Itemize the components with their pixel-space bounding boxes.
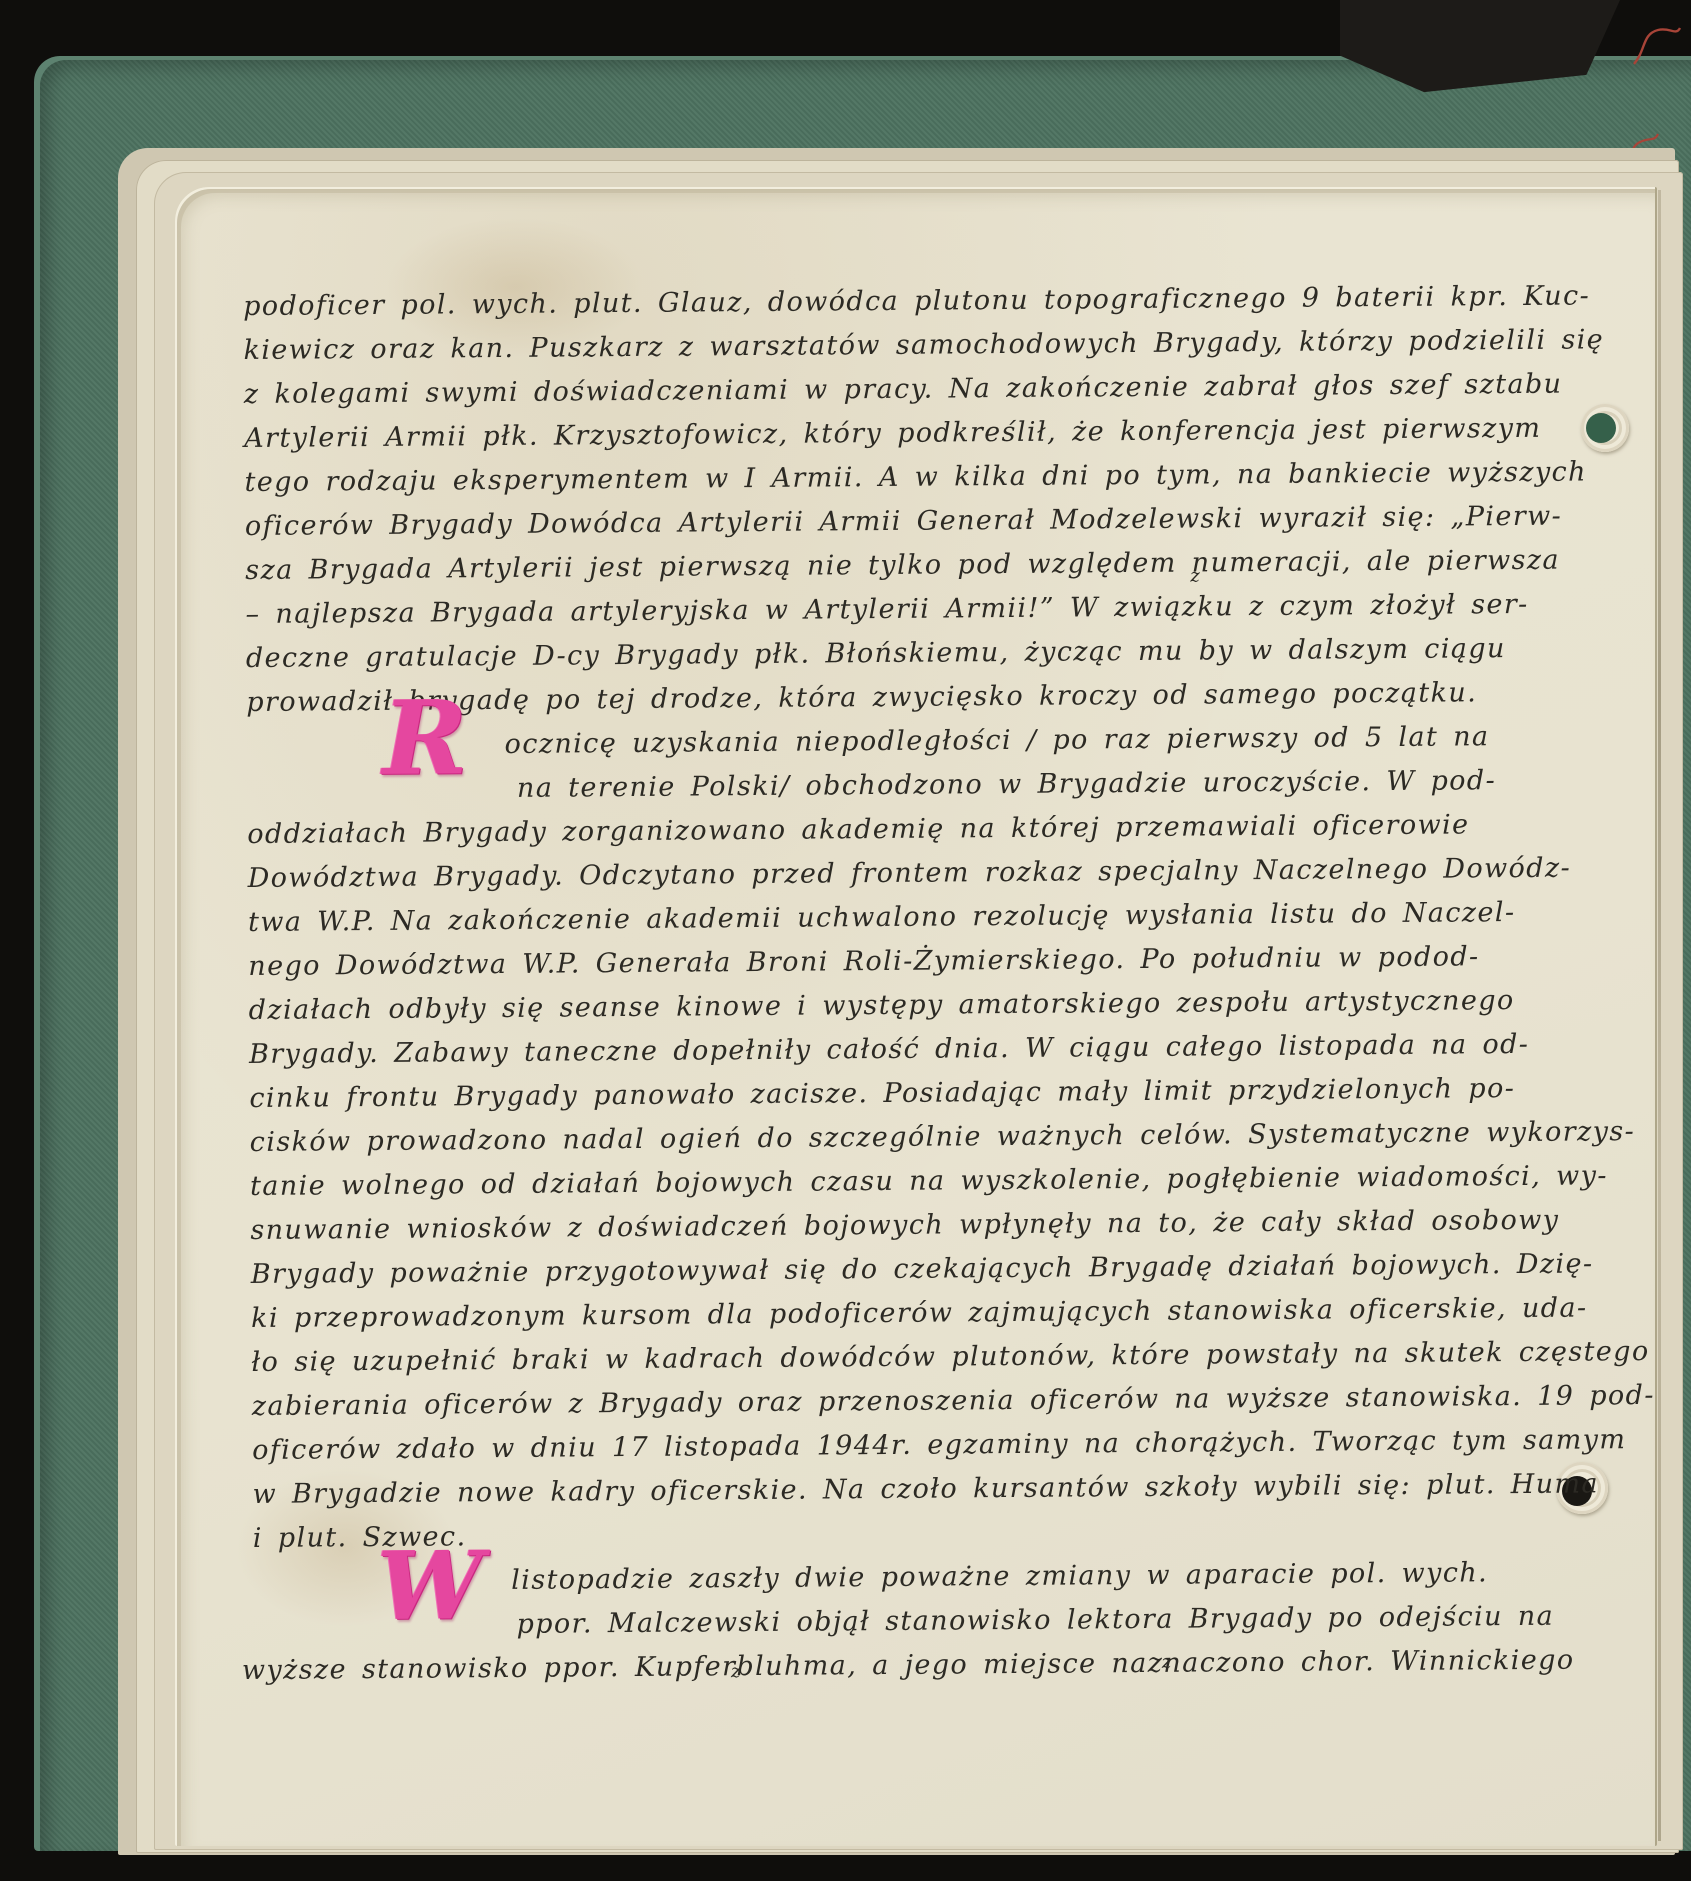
handwriting-line: na terenie Polski/ obchodzono w Brygadzi… — [517, 759, 1517, 811]
handwriting-line: ppor. Malczewski objął stanowisko lektor… — [516, 1595, 1523, 1647]
punch-hole-top — [1581, 404, 1629, 452]
red-thread-icon — [1628, 20, 1684, 76]
correction-mark: z — [1162, 1654, 1173, 1672]
correction-mark: z — [1190, 567, 1201, 585]
page-crease — [1658, 190, 1661, 1841]
drop-cap-r: R — [382, 687, 469, 790]
handwriting-line: ocznicę uzyskania niepodległości / po ra… — [504, 715, 1516, 767]
punch-hole-bore — [1586, 413, 1616, 443]
correction-mark: z — [731, 1663, 742, 1681]
handwriting-line: listopadzie zaszły dwie poważne zmiany w… — [511, 1551, 1523, 1603]
handwritten-text-block: podoficer pol. wych. plut. Glauz, dowódc… — [243, 275, 1524, 1693]
drop-cap-w: W — [377, 1539, 485, 1634]
